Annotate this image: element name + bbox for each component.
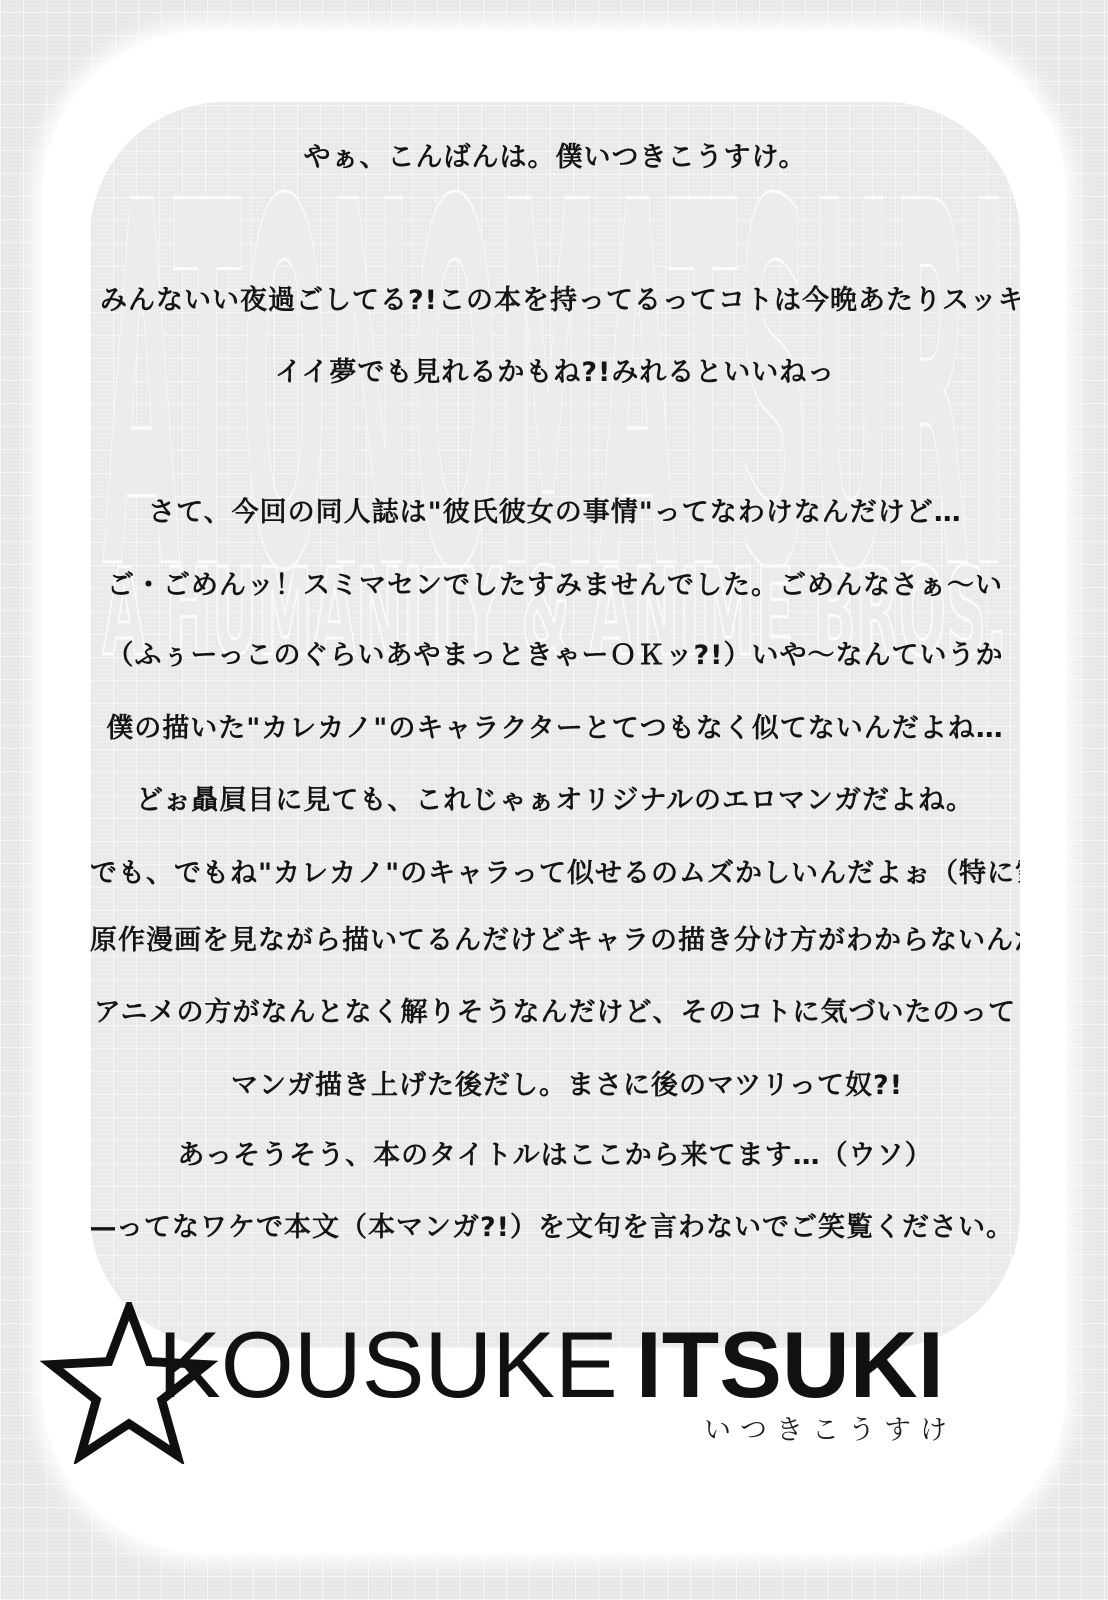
afterword-line: イイ夢でも見れるかもね?!みれるといいねっ [90, 356, 1020, 390]
afterword-line: あっそうそう、本のタイトルはここから来てます…（ウソ） [90, 1139, 1020, 1173]
artist-name-latin: KOUSUKEITSUKI [158, 1318, 944, 1412]
artist-signature-block: KOUSUKEITSUKI いつきこうすけ [0, 1290, 1108, 1510]
afterword-panel: ATONOMATSURI A HUMANITY & ANIME BROS. やぁ… [90, 102, 1020, 1348]
doujinshi-afterword-page: ATONOMATSURI A HUMANITY & ANIME BROS. やぁ… [0, 0, 1108, 1600]
afterword-line: 僕の描いた"カレカノ"のキャラクターとてつもなく似てないんだよね… [90, 712, 1020, 746]
afterword-line: 原作漫画を見ながら描いてるんだけどキャラの描き分け方がわからないんだよぉ。 [90, 924, 1020, 958]
afterword-line: ご・ごめんッ！スミマセンでしたすみませんでした。ごめんなさぁ～い [90, 569, 1020, 603]
afterword-line: やぁ、こんばんは。僕いつきこうすけ。 [90, 141, 1020, 175]
afterword-line: （ふぅーっこのぐらいあやまっときゃーＯＫッ?!）いや～なんていうか [90, 639, 1020, 673]
afterword-line: さて、今回の同人誌は"彼氏彼女の事情"ってなわけなんだけど… [90, 496, 1020, 530]
afterword-line: でも、でもね"カレカノ"のキャラって似せるのムズかしいんだよぉ（特に雪野） [90, 857, 1020, 891]
afterword-line: ――ってなワケで本文（本マンガ?!）を文句を言わないでご笑覧ください。 [90, 1211, 990, 1245]
afterword-line: マンガ描き上げた後だし。まさに後のマツリって奴?! [102, 1069, 1020, 1103]
artist-last-name: ITSUKI [636, 1312, 944, 1417]
artist-name-kana: いつきこうすけ [704, 1408, 956, 1447]
afterword-line: みんないい夜過ごしてる?!この本を持ってるってコトは今晩あたりスッキリして [100, 284, 1020, 318]
artist-first-name: KOUSUKE [158, 1312, 618, 1417]
afterword-line: どぉ贔屓目に見ても、これじゃぁオリジナルのエロマンガだよね。 [90, 784, 1020, 818]
afterword-line: アニメの方がなんとなく解りそうなんだけど、そのコトに気づいたのって [90, 996, 1020, 1030]
